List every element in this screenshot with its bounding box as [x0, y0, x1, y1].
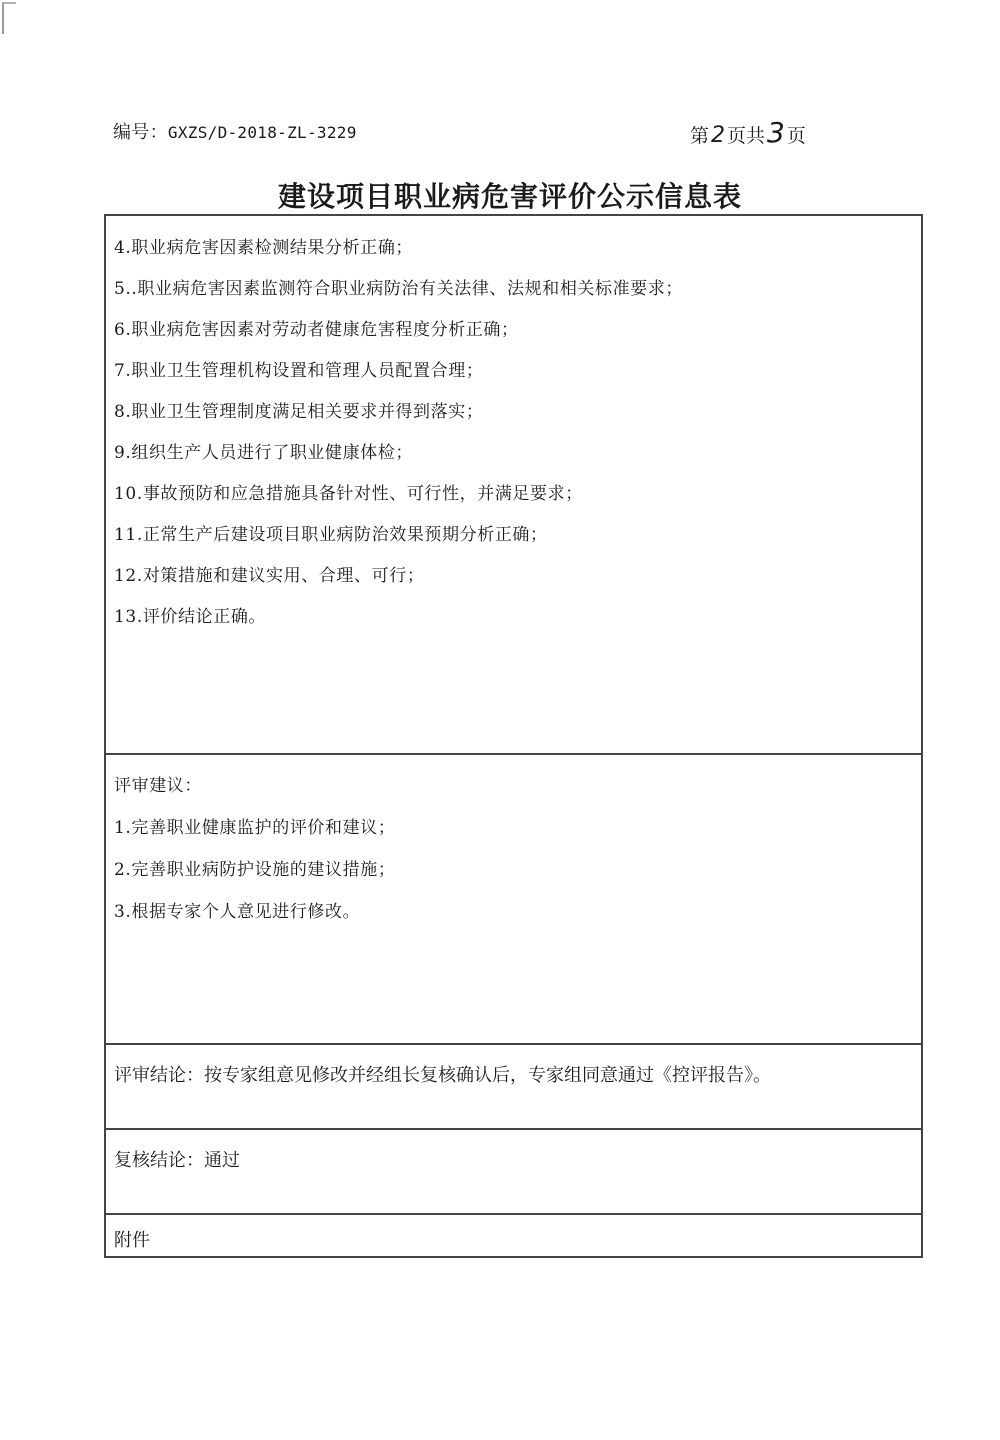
scan-edge-mark	[2, 2, 16, 34]
page-total: 3	[765, 116, 787, 149]
criteria-item: 13.评价结论正确。	[114, 602, 266, 627]
page-middle: 页共	[727, 125, 765, 147]
document-number-label: 编号：	[113, 122, 168, 143]
info-table: 4.职业病危害因素检测结果分析正确； 5..职业病危害因素监测符合职业病防治有关…	[104, 214, 923, 1258]
suggestion-item: 3.根据专家个人意见进行修改。	[114, 897, 360, 922]
criteria-item: 6.职业病危害因素对劳动者健康危害程度分析正确；	[114, 315, 519, 340]
document-title: 建设项目职业病危害评价公示信息表	[0, 175, 1000, 215]
criteria-item: 11.正常生产后建设项目职业病防治效果预期分析正确；	[114, 520, 548, 545]
criteria-item: 4.职业病危害因素检测结果分析正确；	[114, 233, 413, 258]
suggestions-heading: 评审建议：	[114, 771, 202, 796]
page-current: 2	[709, 123, 727, 148]
review-conclusion-text: 评审结论：按专家组意见修改并经组长复核确认后，专家组同意通过《控评报告》。	[114, 1061, 771, 1087]
page-indicator: 第2页共3页	[690, 116, 806, 149]
page-prefix: 第	[690, 125, 709, 147]
criteria-item: 12.对策措施和建议实用、合理、可行；	[114, 561, 424, 586]
attachment-label: 附件	[114, 1226, 150, 1252]
document-number-value: GXZS/D-2018-ZL-3229	[168, 123, 357, 142]
review-conclusion-section: 评审结论：按专家组意见修改并经组长复核确认后，专家组同意通过《控评报告》。	[106, 1043, 921, 1128]
suggestion-item: 2.完善职业病防护设施的建议措施；	[114, 855, 395, 880]
page-suffix: 页	[787, 125, 806, 147]
criteria-item: 8.职业卫生管理制度满足相关要求并得到落实；	[114, 397, 483, 422]
attachment-section: 附件	[106, 1213, 921, 1256]
document-number: 编号：GXZS/D-2018-ZL-3229	[113, 118, 357, 144]
criteria-item: 9.组织生产人员进行了职业健康体检；	[114, 438, 413, 463]
criteria-item: 7.职业卫生管理机构设置和管理人员配置合理；	[114, 356, 483, 381]
review-suggestions-section: 评审建议： 1.完善职业健康监护的评价和建议； 2.完善职业病防护设施的建议措施…	[106, 753, 921, 1043]
suggestion-item: 1.完善职业健康监护的评价和建议；	[114, 813, 395, 838]
criteria-section: 4.职业病危害因素检测结果分析正确； 5..职业病危害因素监测符合职业病防治有关…	[106, 216, 921, 753]
recheck-conclusion-text: 复核结论：通过	[114, 1146, 240, 1172]
criteria-item: 10.事故预防和应急措施具备针对性、可行性，并满足要求；	[114, 479, 583, 504]
recheck-conclusion-section: 复核结论：通过	[106, 1128, 921, 1213]
criteria-item: 5..职业病危害因素监测符合职业病防治有关法律、法规和相关标准要求；	[114, 274, 683, 299]
